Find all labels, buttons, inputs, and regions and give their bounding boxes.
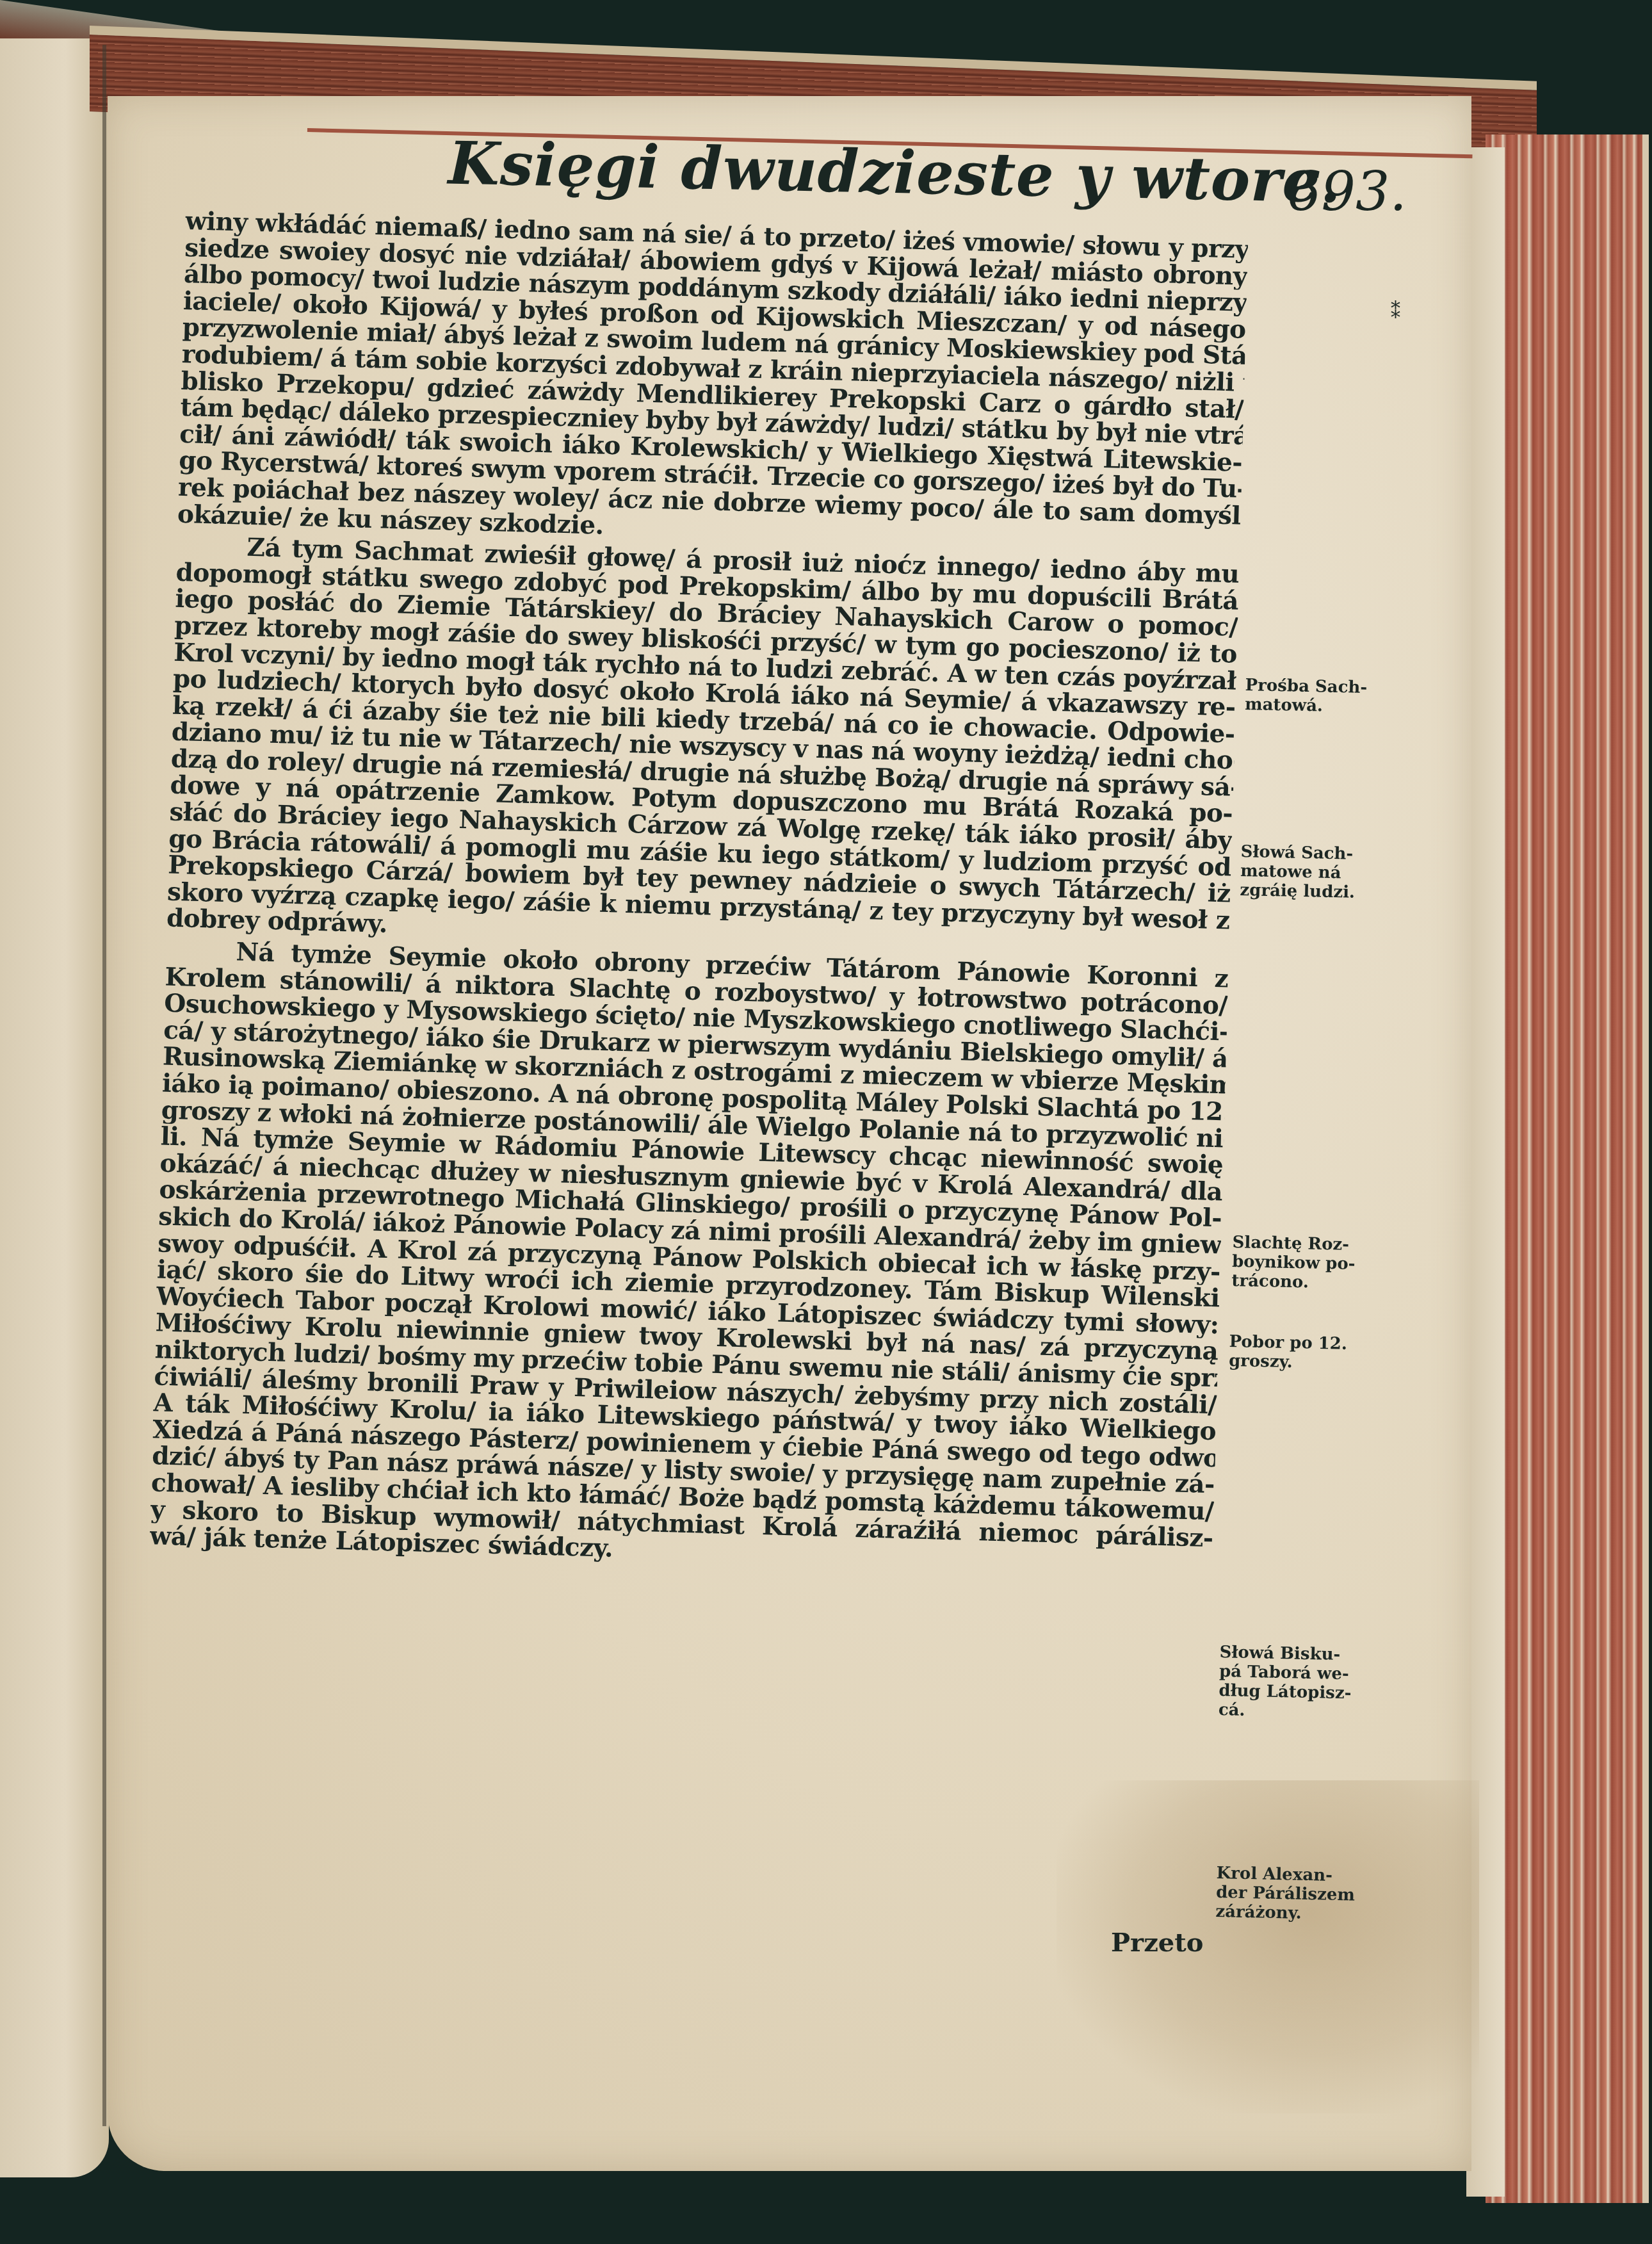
marginal-note-krol-alexander: Krol Alexan- der Páráliszem záráżony. [1215, 1864, 1356, 1924]
margin-mark: ⁑ [1391, 301, 1400, 323]
body-text: winy wkłádáć niemaß/ iedno sam ná sie/ á… [149, 208, 1248, 1579]
marginal-note-slowa-biskupa: Słowá Bisku- pá Taborá we- dług Látopisz… [1218, 1643, 1352, 1722]
marginal-note-prosba: Prośba Sach- matowá. [1245, 676, 1368, 717]
red-fore-edge [1486, 134, 1649, 2203]
marginal-note-pobor: Pobor po 12. groszy. [1229, 1332, 1347, 1373]
marginal-note-slowa-sachmatowe: Słowá Sach- matowe ná zgráię ludzi. [1240, 842, 1356, 902]
page-number: 693. [1287, 160, 1407, 223]
marginal-note-slachte: Slachtę Roz- boynikow po- trácono. [1231, 1233, 1356, 1293]
gutter [102, 45, 106, 2126]
facing-page [0, 38, 109, 2177]
catchword: Przeto [1111, 1928, 1203, 1958]
